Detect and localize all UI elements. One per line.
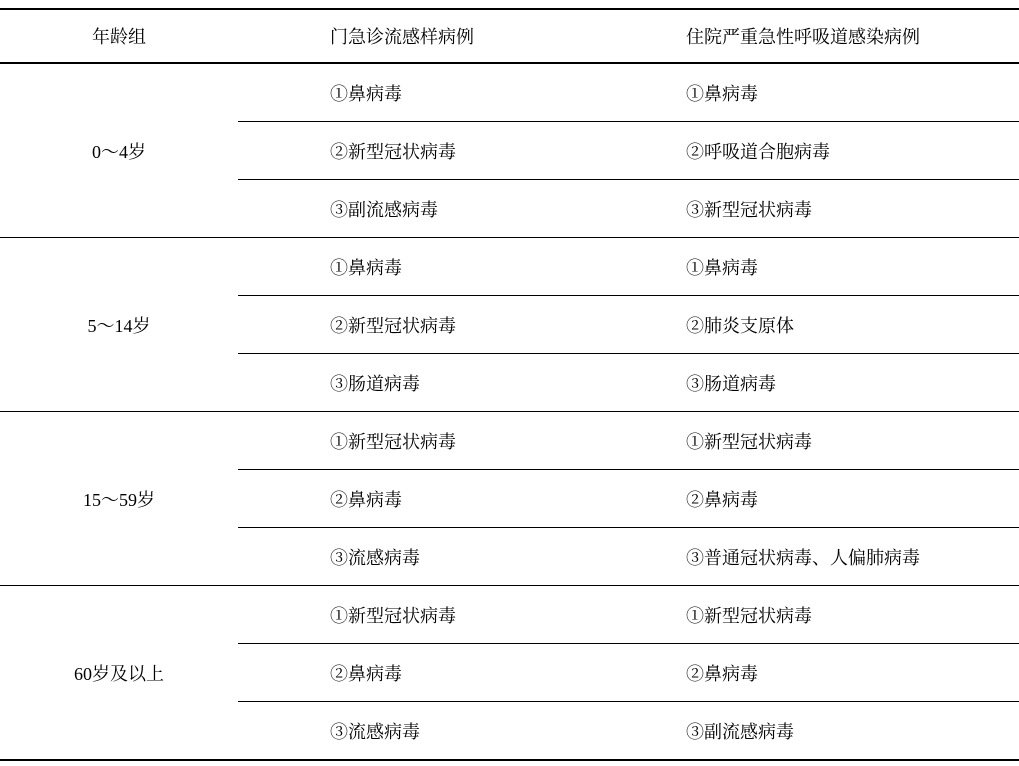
pathogen-cell: ③肠道病毒	[238, 354, 594, 412]
pathogen-cell: ①鼻病毒	[238, 238, 594, 296]
pathogen-cell: ③流感病毒	[238, 528, 594, 586]
pathogen-cell: ①鼻病毒	[594, 238, 1019, 296]
pathogen-cell: ③新型冠状病毒	[594, 180, 1019, 238]
age-group-cell: 0～4岁	[0, 63, 238, 238]
pathogen-cell: ②肺炎支原体	[594, 296, 1019, 354]
pathogen-cell: ①鼻病毒	[238, 63, 594, 122]
pathogen-cell: ②鼻病毒	[594, 470, 1019, 528]
age-group-5-14: 5～14岁 ①鼻病毒 ①鼻病毒 ②新型冠状病毒 ②肺炎支原体 ③肠道病毒 ③肠道…	[0, 238, 1019, 412]
pathogen-cell: ②新型冠状病毒	[238, 122, 594, 180]
pathogen-surveillance-table: 年龄组 门急诊流感样病例 住院严重急性呼吸道感染病例 0～4岁 ①鼻病毒 ①鼻病…	[0, 8, 1019, 761]
pathogen-cell: ①新型冠状病毒	[594, 412, 1019, 470]
pathogen-cell: ③流感病毒	[238, 702, 594, 761]
pathogen-cell: ③副流感病毒	[238, 180, 594, 238]
age-group-cell: 60岁及以上	[0, 586, 238, 761]
pathogen-cell: ③副流感病毒	[594, 702, 1019, 761]
pathogen-cell: ②鼻病毒	[238, 644, 594, 702]
pathogen-cell: ①鼻病毒	[594, 63, 1019, 122]
pathogen-cell: ①新型冠状病毒	[594, 586, 1019, 644]
page: 年龄组 门急诊流感样病例 住院严重急性呼吸道感染病例 0～4岁 ①鼻病毒 ①鼻病…	[0, 0, 1019, 766]
column-header-age-group: 年龄组	[0, 9, 238, 63]
table-row: 15～59岁 ①新型冠状病毒 ①新型冠状病毒	[0, 412, 1019, 470]
column-header-outpatient-ili: 门急诊流感样病例	[238, 9, 594, 63]
age-group-cell: 5～14岁	[0, 238, 238, 412]
pathogen-cell: ②鼻病毒	[594, 644, 1019, 702]
pathogen-cell: ②呼吸道合胞病毒	[594, 122, 1019, 180]
age-group-cell: 15～59岁	[0, 412, 238, 586]
pathogen-cell: ②鼻病毒	[238, 470, 594, 528]
pathogen-cell: ①新型冠状病毒	[238, 412, 594, 470]
table-header: 年龄组 门急诊流感样病例 住院严重急性呼吸道感染病例	[0, 9, 1019, 63]
pathogen-cell: ①新型冠状病毒	[238, 586, 594, 644]
pathogen-cell: ②新型冠状病毒	[238, 296, 594, 354]
age-group-0-4: 0～4岁 ①鼻病毒 ①鼻病毒 ②新型冠状病毒 ②呼吸道合胞病毒 ③副流感病毒 ③…	[0, 63, 1019, 238]
pathogen-cell: ③普通冠状病毒、人偏肺病毒	[594, 528, 1019, 586]
table-row: 60岁及以上 ①新型冠状病毒 ①新型冠状病毒	[0, 586, 1019, 644]
age-group-60-plus: 60岁及以上 ①新型冠状病毒 ①新型冠状病毒 ②鼻病毒 ②鼻病毒 ③流感病毒 ③…	[0, 586, 1019, 761]
table-row: 5～14岁 ①鼻病毒 ①鼻病毒	[0, 238, 1019, 296]
pathogen-cell: ③肠道病毒	[594, 354, 1019, 412]
column-header-hospitalized-sari: 住院严重急性呼吸道感染病例	[594, 9, 1019, 63]
age-group-15-59: 15～59岁 ①新型冠状病毒 ①新型冠状病毒 ②鼻病毒 ②鼻病毒 ③流感病毒 ③…	[0, 412, 1019, 586]
header-row: 年龄组 门急诊流感样病例 住院严重急性呼吸道感染病例	[0, 9, 1019, 63]
table-row: 0～4岁 ①鼻病毒 ①鼻病毒	[0, 63, 1019, 122]
